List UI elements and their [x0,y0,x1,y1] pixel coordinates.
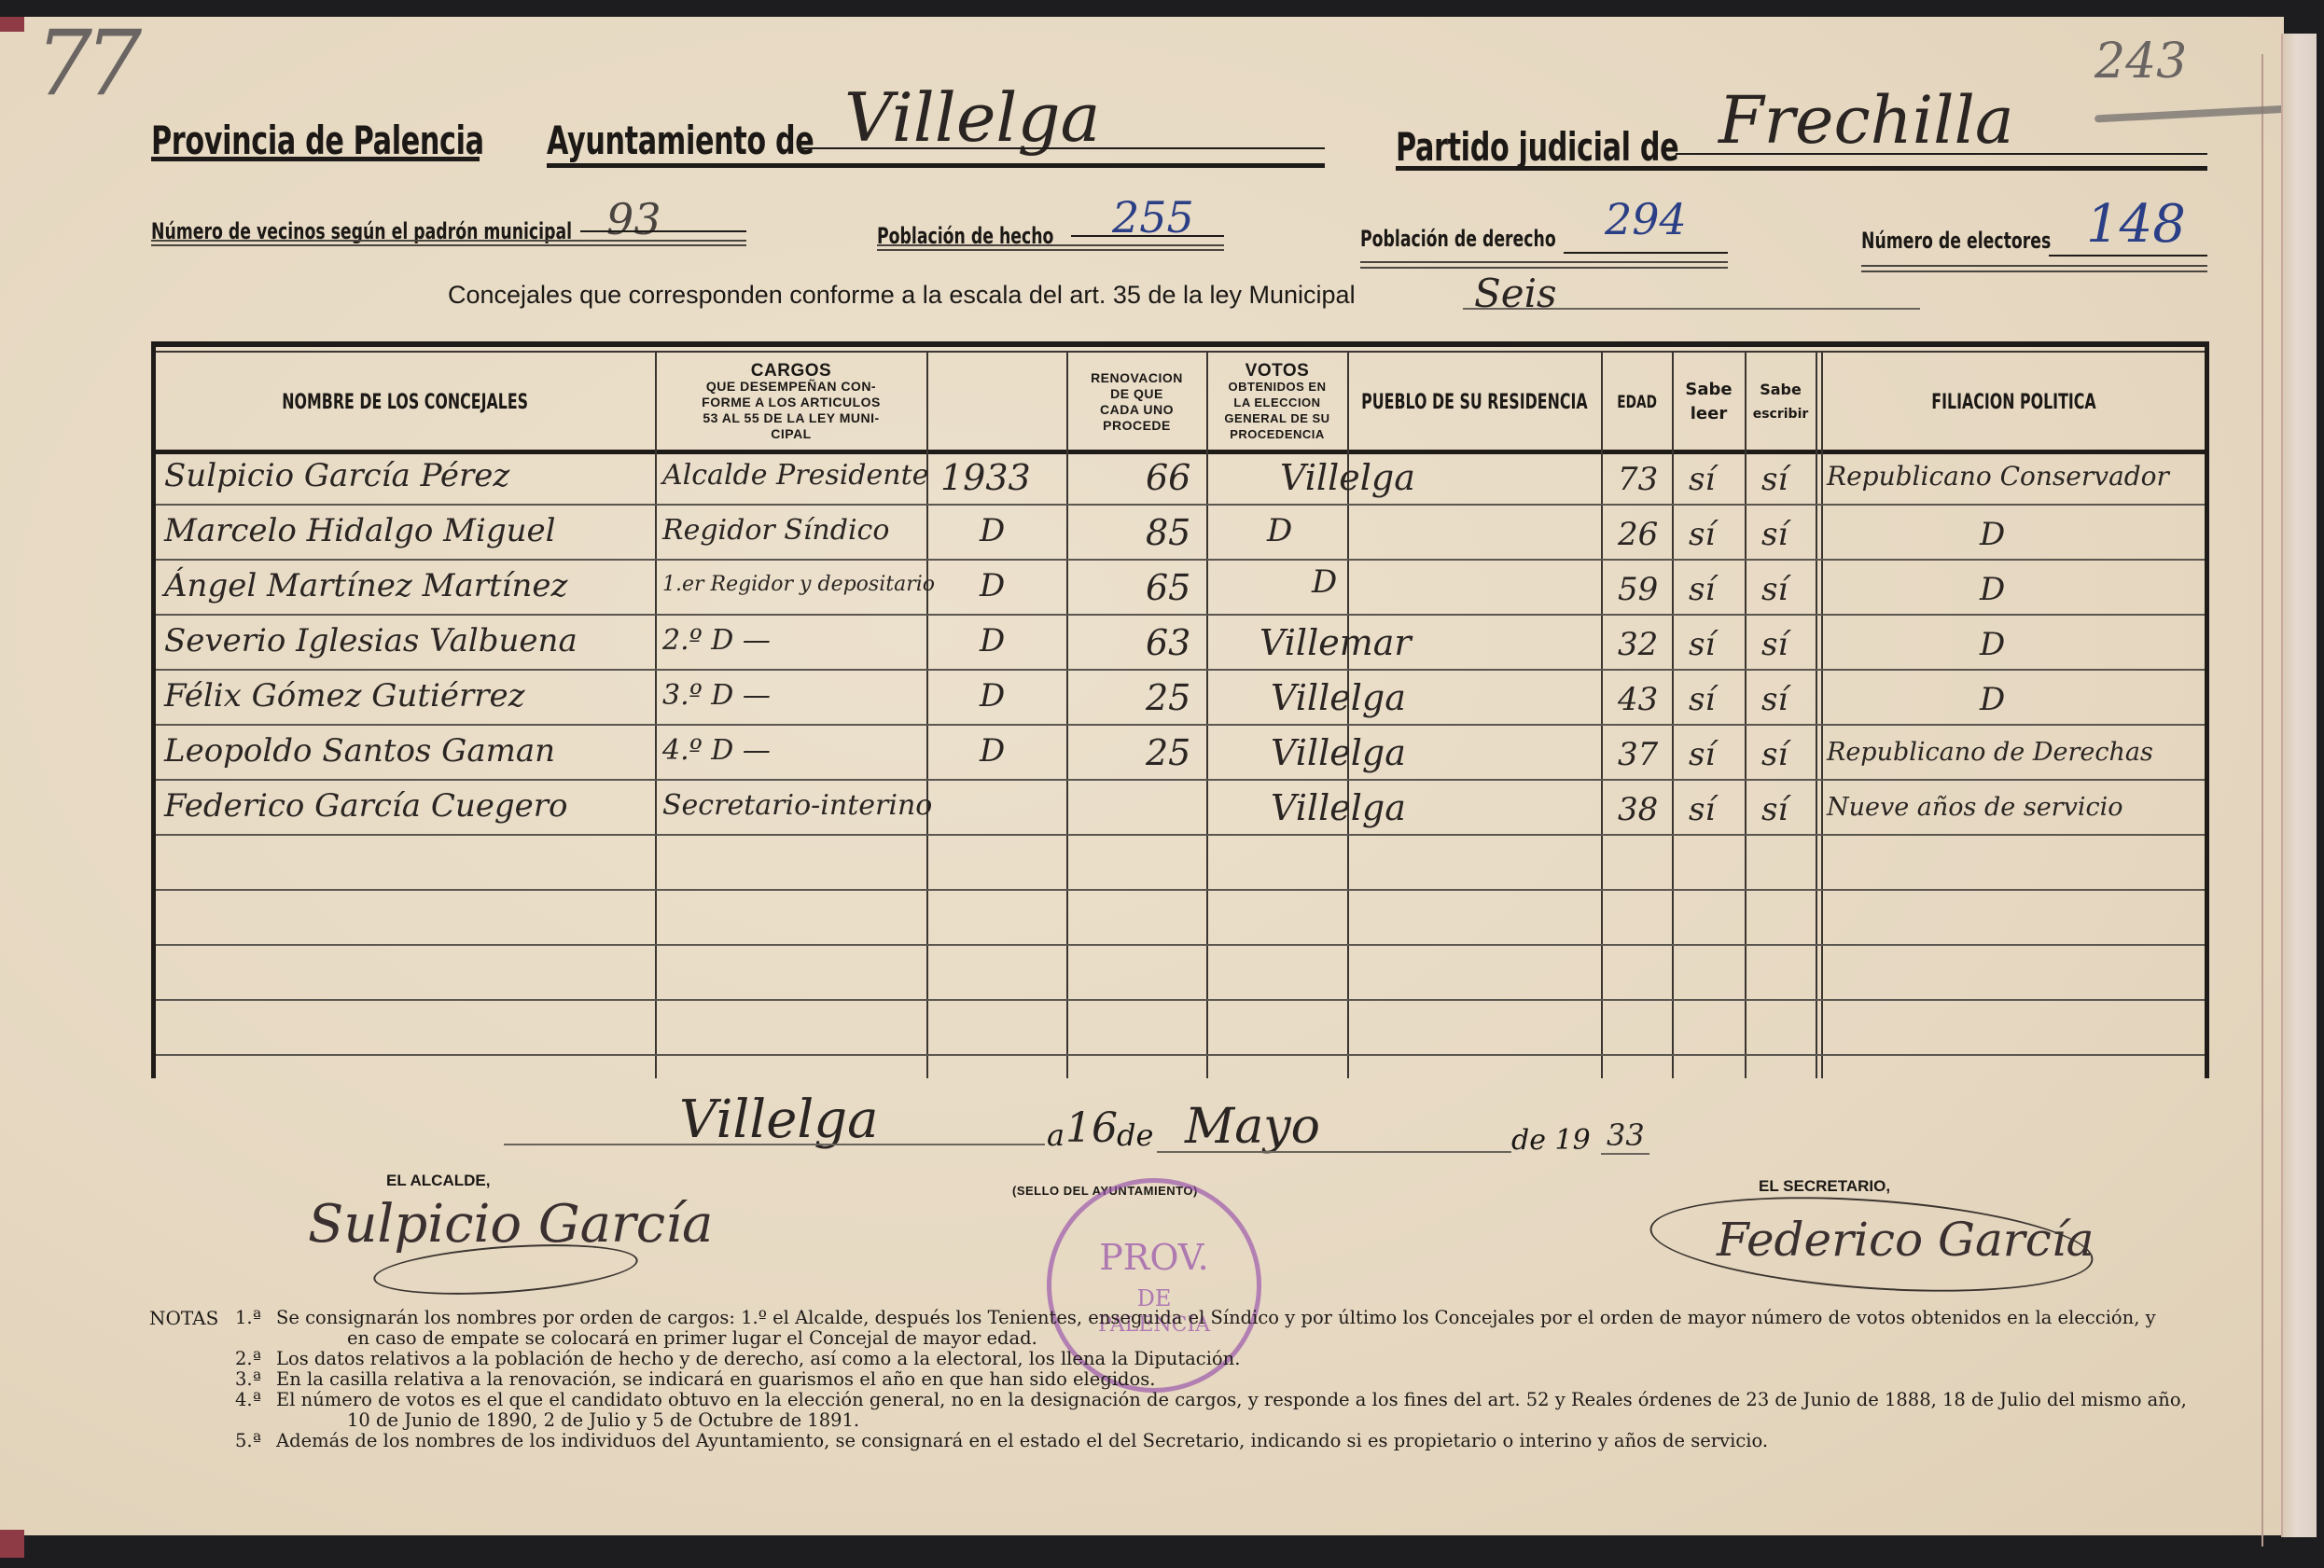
cell-cargo: Regidor Síndico [662,514,889,547]
cell-votos: 65 [1146,567,1190,608]
date-day: 16 [1065,1104,1118,1152]
secretario-flourish [1647,1185,2096,1305]
cell-cargo: Secretario-interino [662,789,932,822]
cell-pueblo: Villelga [1280,457,1415,498]
header-sabe-escribir-line: escribir [1753,402,1809,426]
cell-pueblo: Villemar [1259,622,1412,663]
cell-nombre: Ángel Martínez Martínez [164,567,567,604]
cell-edad: 59 [1618,571,1658,608]
cell-escribir: sí [1761,516,1788,553]
cell-pueblo: Villelga [1271,677,1406,718]
row-line [156,614,2205,616]
date-place: Villelga [679,1089,878,1150]
cell-votos: 66 [1146,457,1190,498]
cell-leer: sí [1689,571,1715,608]
cell-pueblo: D [1312,563,1337,601]
row-line [156,724,2205,726]
header-pueblo: PUEBLO DE SU RESIDENCIA [1348,354,1601,450]
col-divider [1745,353,1746,1078]
electores-value: 148 [2086,194,2186,255]
note-text: 10 de Junio de 1890, 2 de Julio y 5 de O… [347,1409,859,1431]
col-divider [1672,353,1674,1078]
header-cargos-line: FORME A LOS ARTICULOS [702,395,881,410]
row-line [156,669,2205,671]
date-de-label: de [1117,1117,1153,1153]
note-text: En la casilla relativa a la renovación, … [276,1368,1155,1390]
header-edad: EDAD [1602,354,1672,450]
cell-escribir: sí [1761,626,1788,663]
cell-votos: 85 [1146,512,1190,553]
row-line [156,999,2205,1001]
cell-escribir: sí [1761,571,1788,608]
note-text: El número de votos es el que el candidat… [276,1389,2187,1410]
ayuntamiento-underline [547,163,1325,168]
partido-value: Frechilla [1719,82,2014,159]
cell-escribir: sí [1761,791,1788,828]
poblacion-derecho-value: 294 [1605,194,1687,244]
poblacion-hecho-underline [877,244,1224,246]
header-cargos-line: CIPAL [771,426,811,442]
table-border-top [151,341,2209,347]
cell-nombre: Leopoldo Santos Gaman [164,732,555,770]
page-frame-line [2261,54,2263,1547]
row-line [156,834,2205,836]
cell-filiacion: D [1980,626,2005,663]
binding-corner-bottom [0,1530,24,1558]
partido-label: Partido judicial de [1396,124,1678,170]
binding-corner [0,17,24,32]
cell-votos: 63 [1146,622,1190,663]
cell-cargo: 4.º D — [662,734,771,767]
concejales-escala-label: Concejales que corresponden conforme a l… [448,281,1356,310]
header-cargos-line: 53 AL 55 DE LA LEY MUNI- [703,410,879,426]
cell-edad: 32 [1618,626,1658,663]
date-year-prefix: de 19 [1511,1124,1591,1157]
secretario-label: EL SECRETARIO, [1759,1177,1890,1196]
cell-leer: sí [1689,516,1715,553]
poblacion-hecho-field-line [1071,235,1224,237]
vecinos-underline-2 [151,244,746,246]
electores-underline [1861,265,2207,267]
col-divider [655,353,657,1078]
cell-filiacion: D [1980,516,2005,553]
cell-votos: 25 [1146,732,1190,773]
cell-nombre: Félix Gómez Gutiérrez [164,677,525,715]
row-line [156,779,2205,781]
row-line [156,889,2205,891]
note-number: 2.ª [235,1348,261,1369]
note-text: Los datos relativos a la población de he… [276,1348,1240,1369]
header-votos: VOTOS OBTENIDOS EN LA ELECCION GENERAL D… [1207,354,1347,450]
cell-renovacion: D [980,622,1005,659]
cell-pueblo: D [1267,512,1292,549]
note-number: 1.ª [235,1307,261,1328]
folio-number: 77 [35,11,134,116]
partido-field-line [1676,153,2207,155]
page-number: 243 [2094,34,2187,90]
date-year-line [1601,1153,1649,1155]
date-year-suffix: 33 [1607,1117,1645,1153]
alcalde-label: EL ALCALDE, [386,1172,490,1190]
cell-renovacion: 1933 [940,457,1031,498]
partido-underline [1396,166,2207,171]
electores-label: Número de electores [1861,228,2051,254]
header-renovacion-line: RENOVACION [1091,370,1183,386]
electores-underline-2 [1861,271,2207,272]
header-cargos: CARGOS QUE DESEMPEÑAN CON- FORME A LOS A… [656,354,926,450]
cell-renovacion: D [980,732,1005,770]
table-header-rule [151,450,2209,454]
ayuntamiento-field-line [799,147,1325,149]
cell-filiacion: Republicano Conservador [1827,461,2169,492]
header-renovacion-line: CADA UNO [1100,402,1174,418]
cell-renovacion: D [980,512,1005,549]
header-sabe-leer-line: leer [1691,402,1727,426]
cell-escribir: sí [1761,736,1788,773]
header-votos-line: PROCEDENCIA [1230,426,1325,442]
cell-edad: 26 [1618,516,1658,553]
cell-edad: 43 [1618,681,1658,718]
cell-edad: 38 [1618,791,1658,828]
cell-filiacion: Nueve años de servicio [1827,793,2122,822]
concejales-field-line [1463,308,1920,310]
header-renovacion-line: DE QUE [1110,386,1163,402]
cell-escribir: sí [1761,681,1788,718]
cell-pueblo: Villelga [1271,732,1406,773]
cell-renovacion: D [980,677,1005,715]
col-divider [1816,353,1817,1078]
note-number: 3.ª [235,1368,261,1390]
cell-nombre: Severio Iglesias Valbuena [164,622,578,659]
cell-edad: 37 [1618,736,1658,773]
header-sabe-escribir: Sabe escribir [1746,354,1816,450]
col-divider [1066,353,1068,1078]
header-renovacion-line: PROCEDE [1103,418,1171,434]
header-renovacion: RENOVACION DE QUE CADA UNO PROCEDE [1067,354,1206,450]
header-nombre: NOMBRE DE LOS CONCEJALES [156,354,655,450]
table-border-top-thin [151,351,2209,353]
cell-leer: sí [1689,681,1715,718]
header-edad-label: EDAD [1617,392,1657,412]
cell-cargo: 2.º D — [662,624,771,657]
header-sabe-leer-line: Sabe [1685,378,1732,402]
header-sabe-leer: Sabe leer [1673,354,1745,450]
cell-leer: sí [1689,626,1715,663]
cell-cargo: Alcalde Presidente [662,459,928,492]
document-page: 77 243 Provincia de Palencia Ayuntamient… [0,17,2284,1535]
col-divider [1601,353,1603,1078]
poblacion-derecho-field-line [1564,252,1728,254]
note-text: en caso de empate se colocará en primer … [347,1327,1037,1349]
row-line [156,944,2205,946]
cell-filiacion: D [1980,681,2005,718]
ayuntamiento-label: Ayuntamiento de [547,118,814,163]
provincia-underline [151,157,480,161]
cell-leer: sí [1689,736,1715,773]
cell-renovacion: D [980,567,1005,604]
notes-label: NOTAS [149,1307,218,1329]
note-number: 5.ª [235,1430,261,1451]
header-filiacion-label: FILIACION POLITICA [1931,391,2095,414]
cell-filiacion: D [1980,571,2005,608]
vecinos-underline [151,240,746,242]
electores-field-line [2049,255,2207,257]
poblacion-derecho-underline [1360,261,1728,263]
poblacion-derecho-underline-2 [1360,267,1728,269]
poblacion-hecho-underline-2 [877,249,1224,251]
cell-leer: sí [1689,791,1715,828]
date-a-label: a [1047,1117,1065,1153]
row-line [156,1054,2205,1056]
stamp-line: PROV. [1051,1237,1257,1278]
header-filiacion: FILIACION POLITICA [1822,354,2205,450]
date-place-line [504,1144,1045,1145]
cell-escribir: sí [1761,461,1788,498]
concejales-escala-value: Seis [1474,271,1557,316]
row-line [156,559,2205,561]
header-votos-line: LA ELECCION [1233,395,1320,410]
header-votos-line: GENERAL DE SU [1224,410,1329,426]
vecinos-field-line [580,230,746,232]
header-nombre-label: NOMBRE DE LOS CONCEJALES [283,391,529,414]
header-pueblo-label: PUEBLO DE SU RESIDENCIA [1361,391,1587,414]
ayuntamiento-value: Villelga [844,78,1100,157]
concejales-table: NOMBRE DE LOS CONCEJALES CARGOS QUE DESE… [151,341,2209,1078]
date-month: Mayo [1185,1099,1320,1155]
note-text: Se consignarán los nombres por orden de … [276,1307,2156,1328]
header-votos-title: VOTOS [1245,363,1310,379]
page-edge [2281,34,2317,1537]
col-divider [1206,353,1208,1078]
cell-filiacion: Republicano de Derechas [1827,738,2153,767]
cell-cargo: 3.º D — [662,679,771,712]
header-cargos-line: QUE DESEMPEÑAN CON- [706,379,876,395]
vecinos-value: 93 [606,194,661,244]
header-sabe-escribir-line: Sabe [1760,378,1802,402]
cell-cargo: 1.er Regidor y depositario [662,573,935,596]
col-divider [1821,353,1823,1078]
header-cargos-title: CARGOS [751,363,831,379]
note-text: Además de los nombres de los individuos … [276,1430,1768,1451]
cell-edad: 73 [1618,461,1658,498]
cell-pueblo: Villelga [1271,787,1406,828]
poblacion-derecho-label: Población de derecho [1360,226,1556,252]
note-number: 4.ª [235,1389,261,1410]
cell-votos: 25 [1146,677,1190,718]
cell-nombre: Marcelo Hidalgo Miguel [164,512,555,549]
cell-leer: sí [1689,461,1715,498]
header-votos-line: OBTENIDOS EN [1229,379,1327,395]
cell-nombre: Sulpicio García Pérez [164,457,509,494]
date-month-line [1157,1151,1511,1153]
cell-nombre: Federico García Cuegero [164,787,568,825]
row-line [156,504,2205,506]
